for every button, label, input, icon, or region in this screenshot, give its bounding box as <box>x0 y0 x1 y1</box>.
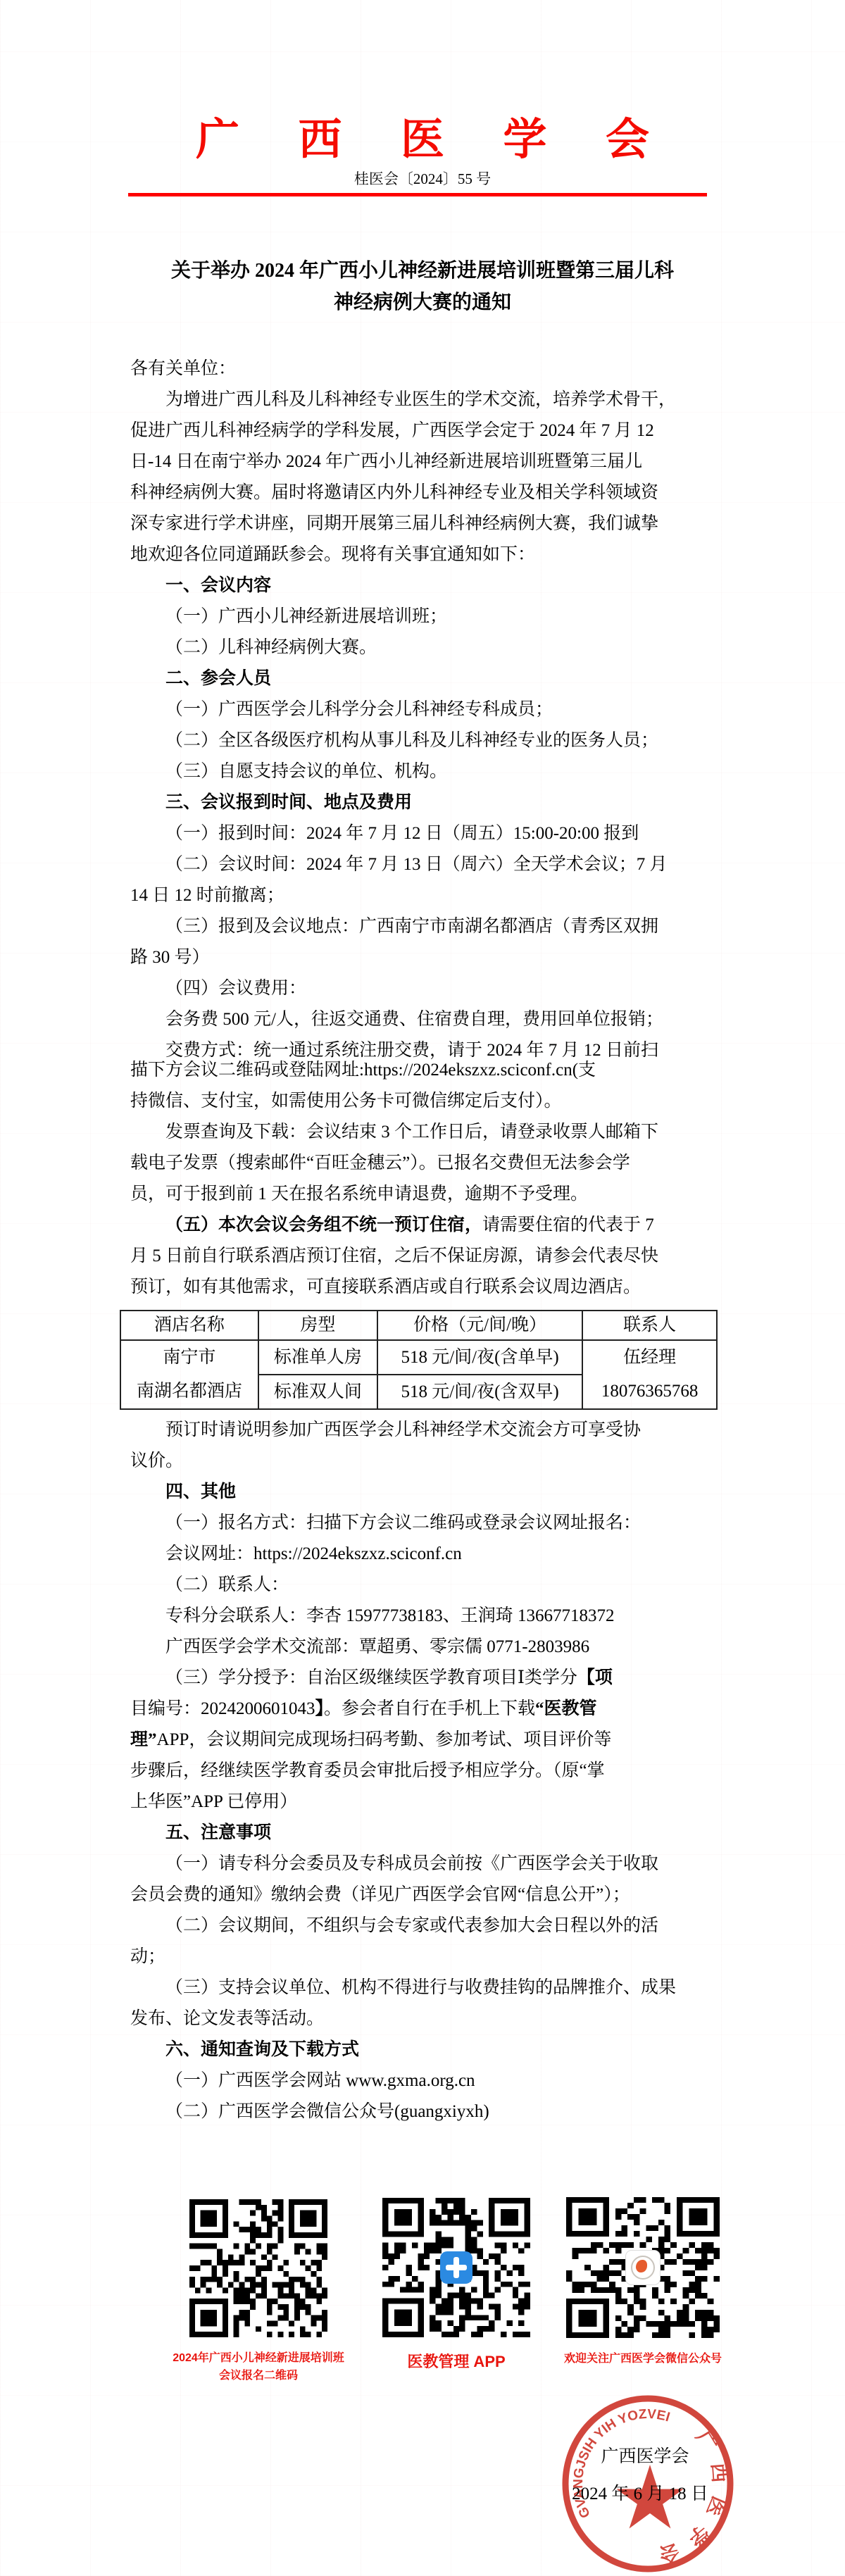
body-line: 动； <box>130 1942 718 1972</box>
text-segment: 】 <box>315 1699 325 1718</box>
seal-star <box>616 2465 683 2529</box>
text-segment: 14 日 12 时前撤离； <box>130 886 284 905</box>
text-segment: （二）联系人： <box>165 1575 289 1594</box>
th-room-type: 房型 <box>258 1311 377 1340</box>
text-segment: APP，会议期间完成现场扫码考勤、参加考试、项目评价等 <box>157 1730 612 1749</box>
body-line: 广西医学会学术交流部：覃超勇、零宗儒 0771-2803986 <box>130 1632 718 1663</box>
body-line: （三）学分授予：自治区级继续医学教育项目Ⅰ类学分【项 <box>130 1663 718 1694</box>
text-segment: 五、注意事项 <box>165 1823 271 1842</box>
text-segment: 上华医”APP 已停用） <box>130 1792 297 1811</box>
text-segment: 发布、论文发表等活动。 <box>130 2009 324 2028</box>
body-line: 二、参会人员 <box>130 663 718 694</box>
body-line: 各有关单位： <box>130 354 718 384</box>
text-segment: 深专家进行学术讲座，同期开展第三届儿科神经病例大赛，我们诚挚 <box>130 514 658 533</box>
th-contact: 联系人 <box>582 1311 717 1340</box>
body-line: 会员会费的通知》缴纳会费（详见广西医学会官网“信息公开”）； <box>130 1880 718 1911</box>
cell-room-1: 标准单人房 <box>258 1340 377 1375</box>
body-line: （一）报名方式：扫描下方会议二维码或登录会议网址报名： <box>130 1508 718 1539</box>
text-segment: 理” <box>130 1730 157 1749</box>
body-line: 步骤后，经继续医学教育委员会审批后授予相应学分。（原“掌 <box>130 1756 718 1787</box>
body-line: 六、通知查询及下载方式 <box>130 2034 718 2065</box>
text-segment: （一）广西小儿神经新进展培训班； <box>165 607 447 626</box>
doc-title-line-1: 关于举办 2024 年广西小儿神经新进展培训班暨第三届儿科 <box>0 255 845 287</box>
body-line: 会务费 500 元/人，往返交通费、住宿费自理，费用回单位报销； <box>130 1004 718 1035</box>
text-segment: 专科分会联系人：李杏 15977738183、王润琦 13667718372 <box>165 1606 615 1625</box>
body-line: 发票查询及下载：会议结束 3 个工作日后，请登录收票人邮箱下 <box>130 1117 718 1148</box>
text-segment: 路 30 号） <box>130 948 210 967</box>
wechat-qr-code <box>566 2197 720 2338</box>
body-line: 月 5 日前自行联系酒店预订住宿，之后不保证房源，请参会代表尽快 <box>130 1241 718 1272</box>
qr-item-app: 医教管理 APP <box>365 2198 548 2370</box>
hotel-name-line-1: 南宁市 <box>121 1341 258 1375</box>
qr-caption-app: 医教管理 APP <box>407 2353 505 2370</box>
qr-caption-wechat: 欢迎关注广西医学会微信公众号 <box>564 2350 722 2368</box>
body-line: （一）广西小儿神经新进展培训班； <box>130 601 718 632</box>
registration-qr-code <box>189 2199 327 2337</box>
body-line: 专科分会联系人：李杏 15977738183、王润琦 13667718372 <box>130 1601 718 1632</box>
org-title: 广 西 医 学 会 <box>0 104 845 167</box>
text-segment: （二）会议时间：2024 年 7 月 13 日（周六）全天学术会议；7 月 <box>165 855 668 874</box>
body-line: 14 日 12 时前撤离； <box>130 880 718 911</box>
qr-caption-line: 欢迎关注广西医学会微信公众号 <box>564 2350 722 2368</box>
body-line: 目编号：2024200601043】。参会者自行在手机上下载“医教管 <box>130 1694 718 1725</box>
text-segment: （三）报到及会议地点：广西南宁市南湖名都酒店（青秀区双拥 <box>165 917 658 936</box>
text-segment: 预订时请说明参加广西医学会儿科神经学术交流会方可享受协 <box>165 1420 641 1439</box>
text-segment: 月 5 日前自行联系酒店预订住宿，之后不保证房源，请参会代表尽快 <box>130 1246 658 1265</box>
body-line: （三）支持会议单位、机构不得进行与收费挂钩的品牌推介、成果 <box>130 1972 718 2003</box>
qr-caption-registration: 2024年广西小儿神经新进展培训班 会议报名二维码 <box>173 2349 344 2384</box>
text-segment: （二）会议期间，不组织与会专家或代表参加大会日程以外的活 <box>165 1916 658 1935</box>
text-segment: （三）学分授予：自治区级继续医学教育项目Ⅰ类学分 <box>165 1668 577 1687</box>
document-page: 广 西 医 学 会 桂医会〔2024〕55 号 关于举办 2024 年广西小儿神… <box>0 0 845 2576</box>
text-segment: 地欢迎各位同道踊跃参会。现将有关事宜通知如下： <box>130 545 535 564</box>
qr-item-wechat: 欢迎关注广西医学会微信公众号 <box>551 2197 734 2368</box>
app-qr-code <box>382 2198 530 2337</box>
body-line: 三、会议报到时间、地点及费用 <box>130 787 718 818</box>
text-segment: 广西医学会学术交流部：覃超勇、零宗儒 0771-2803986 <box>165 1637 589 1656</box>
text-segment: 会员会费的通知》缴纳会费（详见广西医学会官网“信息公开”）； <box>130 1885 630 1904</box>
text-segment: （一）广西医学会儿科学分会儿科神经专科成员； <box>165 700 553 719</box>
text-segment: （一）报到时间：2024 年 7 月 12 日（周五）15:00-20:00 报… <box>165 824 639 843</box>
text-segment: 。参会者自行在手机上下载 <box>324 1699 535 1718</box>
text-segment: 请需要住宿的代表于 7 <box>482 1215 654 1234</box>
contact-phone: 18076365768 <box>583 1375 716 1408</box>
text-segment: “医教管 <box>535 1699 597 1718</box>
body-line: （五）本次会议会务组不统一预订住宿，请需要住宿的代表于 7 <box>130 1210 718 1241</box>
qr-caption-line: 医教管理 APP <box>407 2353 505 2370</box>
text-segment: （一）广西医学会网站 www.gxma.org.cn <box>165 2071 475 2090</box>
document-body: 各有关单位：为增进广西儿科及儿科神经专业医生的学术交流，培养学术骨干，促进广西儿… <box>130 354 718 2127</box>
text-segment: （三）支持会议单位、机构不得进行与收费挂钩的品牌推介、成果 <box>165 1978 676 1997</box>
text-segment: （一）请专科分会委员及专科成员会前按《广西医学会关于收取 <box>165 1854 658 1873</box>
doc-title-line-2: 神经病例大赛的通知 <box>0 287 845 318</box>
hotel-name-line-2: 南湖名都酒店 <box>121 1375 258 1408</box>
body-line: 深专家进行学术讲座，同期开展第三届儿科神经病例大赛，我们诚挚 <box>130 508 718 539</box>
text-segment: （四）会议费用： <box>165 979 306 998</box>
text-segment: 六、通知查询及下载方式 <box>165 2040 359 2059</box>
text-segment: 载电子发票（搜索邮件“百旺金穗云”）。已报名交费但无法参会学 <box>130 1153 630 1173</box>
body-line: （二）全区各级医疗机构从事儿科及儿科神经专业的医务人员； <box>130 725 718 756</box>
body-line: （二）广西医学会微信公众号(guangxiyxh) <box>130 2096 718 2127</box>
cell-room-2: 标准双人间 <box>258 1375 377 1409</box>
body-line: 预订，如有其他需求，可直接联系酒店或自行联系会议周边酒店。 <box>130 1272 718 1303</box>
body-line: （四）会议费用： <box>130 973 718 1004</box>
text-segment: 目编号：2024200601043 <box>130 1699 315 1718</box>
body-line: 地欢迎各位同道踊跃参会。现将有关事宜通知如下： <box>130 539 718 570</box>
body-line: 一、会议内容 <box>130 570 718 601</box>
text-segment: （二）全区各级医疗机构从事儿科及儿科神经专业的医务人员； <box>165 731 658 750</box>
body-line: 日-14 日在南宁举办 2024 年广西小儿神经新进展培训班暨第三届儿 <box>130 446 718 477</box>
header-rule <box>128 193 707 196</box>
body-line: 为增进广西儿科及儿科神经专业医生的学术交流，培养学术骨干， <box>130 384 718 415</box>
body-part-2: 预订时请说明参加广西医学会儿科神经学术交流会方可享受协议价。四、其他（一）报名方… <box>130 1415 718 2127</box>
body-line: 员，可于报到前 1 天在报名系统申请退费，逾期不予受理。 <box>130 1179 718 1210</box>
hotel-table-row-1: 南宁市 南湖名都酒店 标准单人房 518 元/间/夜(含单早) 伍经理 1807… <box>120 1340 717 1375</box>
th-price: 价格（元/间/晚） <box>377 1311 582 1340</box>
body-line: （二）联系人： <box>130 1570 718 1601</box>
body-line: 理”APP，会议期间完成现场扫码考勤、参加考试、项目评价等 <box>130 1725 718 1756</box>
text-segment: 各有关单位： <box>130 359 236 378</box>
hotel-table: 酒店名称 房型 价格（元/间/晚） 联系人 南宁市 南湖名都酒店 标准单人房 5… <box>120 1310 718 1410</box>
qr-caption-line: 2024年广西小儿神经新进展培训班 <box>173 2349 344 2367</box>
text-segment: （五）本次会议会务组不统一预订住宿， <box>165 1215 482 1234</box>
hotel-table-header-row: 酒店名称 房型 价格（元/间/晚） 联系人 <box>120 1311 717 1340</box>
text-segment: 预订，如有其他需求，可直接联系酒店或自行联系会议周边酒店。 <box>130 1277 641 1296</box>
text-segment: 促进广西儿科神经病学的学科发展，广西医学会定于 2024 年 7 月 12 <box>130 421 654 440</box>
body-line: （一）广西医学会网站 www.gxma.org.cn <box>130 2065 718 2096</box>
th-hotel-name: 酒店名称 <box>120 1311 258 1340</box>
text-segment: 日-14 日在南宁举办 2024 年广西小儿神经新进展培训班暨第三届儿 <box>130 452 642 471</box>
body-line: （三）报到及会议地点：广西南宁市南湖名都酒店（青秀区双拥 <box>130 911 718 942</box>
text-segment: 步骤后，经继续医学教育委员会审批后授予相应学分。（原“掌 <box>130 1761 605 1780</box>
cell-hotel-name: 南宁市 南湖名都酒店 <box>120 1340 258 1409</box>
text-segment: 为增进广西儿科及儿科神经专业医生的学术交流，培养学术骨干， <box>165 390 676 409</box>
text-segment: （二）广西医学会微信公众号(guangxiyxh) <box>165 2102 489 2121</box>
body-line: 五、注意事项 <box>130 1818 718 1849</box>
doc-title: 关于举办 2024 年广西小儿神经新进展培训班暨第三届儿科 神经病例大赛的通知 <box>0 255 845 318</box>
doc-number: 桂医会〔2024〕55 号 <box>0 168 845 189</box>
cell-price-1: 518 元/间/夜(含单早) <box>377 1340 582 1375</box>
text-segment: 持微信、支付宝，如需使用公务卡可微信绑定后支付）。 <box>130 1092 562 1111</box>
text-segment: （二）儿科神经病例大赛。 <box>165 638 377 657</box>
text-segment: 发票查询及下载：会议结束 3 个工作日后，请登录收票人邮箱下 <box>165 1123 658 1142</box>
qr-pattern <box>189 2199 327 2337</box>
body-line: 路 30 号） <box>130 942 718 973</box>
text-segment: 描下方会议二维码或登陆网址:https://2024ekszxz.sciconf… <box>130 1061 596 1080</box>
cell-price-2: 518 元/间/夜(含双早) <box>377 1375 582 1409</box>
body-line: （一）广西医学会儿科学分会儿科神经专科成员； <box>130 694 718 725</box>
body-line: 发布、论文发表等活动。 <box>130 2003 718 2034</box>
text-segment: 四、其他 <box>165 1482 236 1501</box>
body-line: 会议网址：https://2024ekszxz.sciconf.cn <box>130 1539 718 1570</box>
text-segment: 议价。 <box>130 1451 183 1470</box>
body-part-1: 各有关单位：为增进广西儿科及儿科神经专业医生的学术交流，培养学术骨干，促进广西儿… <box>130 354 718 1303</box>
text-segment: 科神经病例大赛。届时将邀请区内外儿科神经专业及相关学科领域资 <box>130 483 658 502</box>
body-line: （二）会议时间：2024 年 7 月 13 日（周六）全天学术会议；7 月 <box>130 849 718 880</box>
text-segment: （一）报名方式：扫描下方会议二维码或登录会议网址报名： <box>165 1513 641 1532</box>
body-line: （二）会议期间，不组织与会专家或代表参加大会日程以外的活 <box>130 1911 718 1942</box>
text-segment: 会议网址：https://2024ekszxz.sciconf.cn <box>165 1544 462 1563</box>
body-line: 四、其他 <box>130 1477 718 1508</box>
body-line: 上华医”APP 已停用） <box>130 1787 718 1818</box>
text-segment: 会务费 500 元/人，往返交通费、住宿费自理，费用回单位报销； <box>165 1010 663 1029</box>
cell-contact: 伍经理 18076365768 <box>582 1340 717 1409</box>
qr-item-registration: 2024年广西小儿神经新进展培训班 会议报名二维码 <box>167 2199 350 2384</box>
body-line: 预订时请说明参加广西医学会儿科神经学术交流会方可享受协 <box>130 1415 718 1446</box>
qr-caption-line: 会议报名二维码 <box>173 2367 344 2384</box>
contact-name: 伍经理 <box>583 1341 716 1375</box>
body-line: 持微信、支付宝，如需使用公务卡可微信绑定后支付）。 <box>130 1086 718 1117</box>
body-line: （一）请专科分会委员及专科成员会前按《广西医学会关于收取 <box>130 1849 718 1880</box>
body-line: 促进广西儿科神经病学的学科发展，广西医学会定于 2024 年 7 月 12 <box>130 415 718 446</box>
text-segment: 动； <box>130 1947 165 1966</box>
text-segment: （三）自愿支持会议的单位、机构。 <box>165 762 447 781</box>
text-segment: 员，可于报到前 1 天在报名系统申请退费，逾期不予受理。 <box>130 1184 588 1203</box>
text-segment: 一、会议内容 <box>165 576 271 595</box>
body-line: 载电子发票（搜索邮件“百旺金穗云”）。已报名交费但无法参会学 <box>130 1148 718 1179</box>
text-segment: 二、参会人员 <box>165 669 271 688</box>
body-line: 科神经病例大赛。届时将邀请区内外儿科神经专业及相关学科领域资 <box>130 477 718 508</box>
text-segment: 三、会议报到时间、地点及费用 <box>165 793 412 812</box>
body-line: （二）儿科神经病例大赛。 <box>130 632 718 663</box>
gxma-emblem-icon <box>625 2250 661 2285</box>
body-line: （一）报到时间：2024 年 7 月 12 日（周五）15:00-20:00 报… <box>130 818 718 849</box>
body-line: 议价。 <box>130 1446 718 1477</box>
text-segment: 【项 <box>577 1668 613 1687</box>
medical-cross-app-icon <box>440 2251 472 2284</box>
body-line: （三）自愿支持会议的单位、机构。 <box>130 756 718 787</box>
official-seal: GVANGJSIH YIH YOZVEI 广西医学会 <box>561 2394 735 2575</box>
